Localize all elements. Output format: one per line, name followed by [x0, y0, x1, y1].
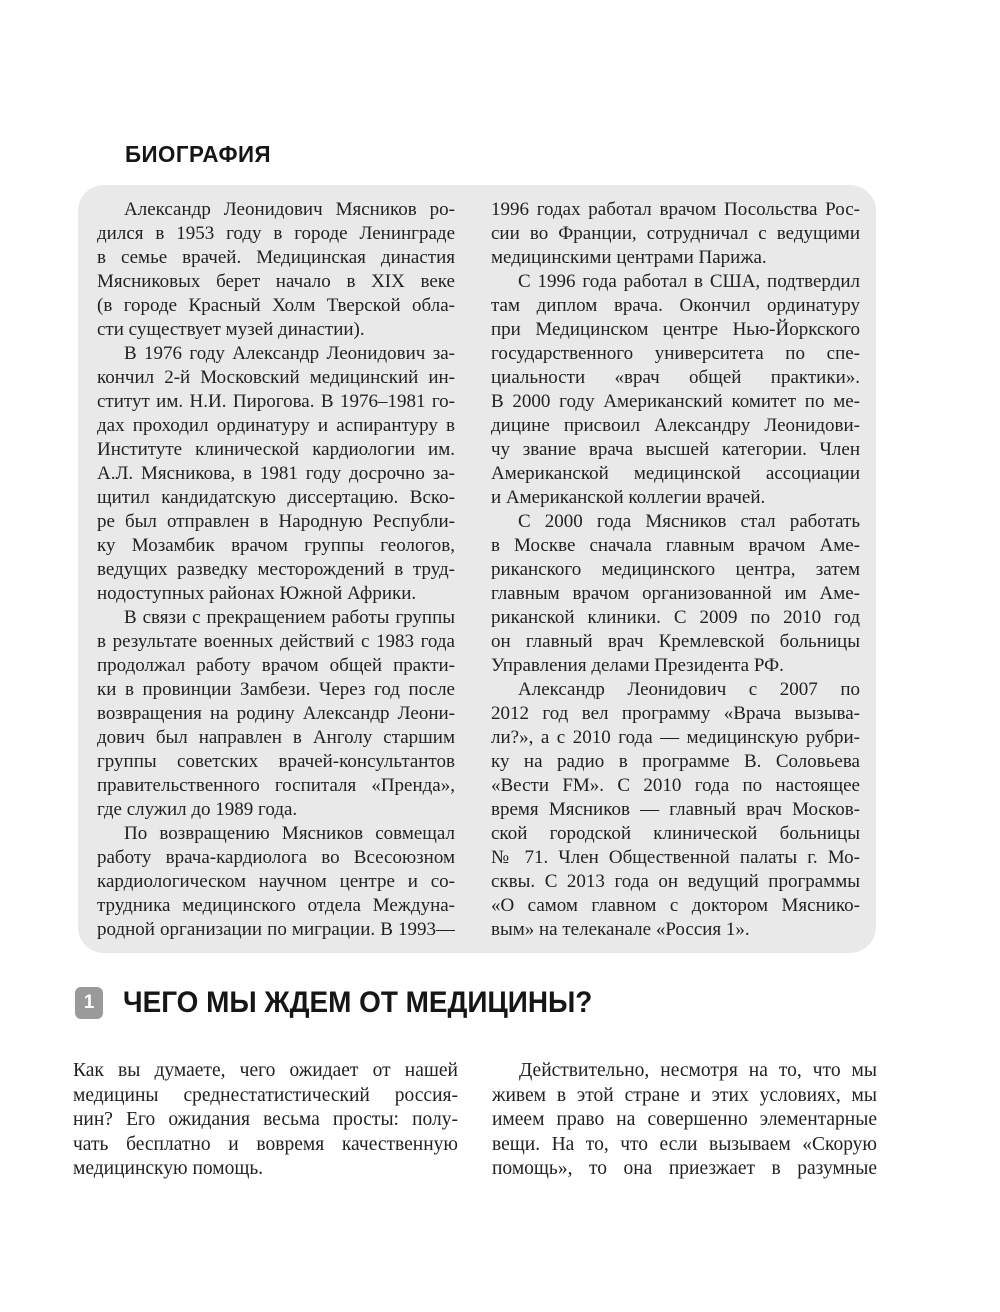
text-line: нин? Его ожидания весьма просты: полу- [73, 1108, 458, 1133]
text-line: он главный врач Кремлевской больницы [491, 630, 860, 654]
biography-heading: БИОГРАФИЯ [125, 141, 271, 168]
text-line: В 2000 году Американский комитет по ме- [491, 390, 860, 414]
text-line: В связи с прекращением работы группы [97, 606, 455, 630]
text-line: государственного университета по спе- [491, 342, 860, 366]
text-line: и Американской коллегии врачей. [491, 486, 860, 510]
text-line: родной организации по миграции. В 1993— [97, 918, 455, 942]
paragraph: В 1976 году Александр Леонидович за-конч… [97, 342, 455, 606]
text-line: медицинскую помощь. [73, 1157, 458, 1182]
text-line: возвращения на родину Александр Леони- [97, 702, 455, 726]
text-line: ки в провинции Замбези. Через год после [97, 678, 455, 702]
text-line: Мясниковых берет начало в XIX веке [97, 270, 455, 294]
text-line: ститут им. Н.И. Пирогова. В 1976–1981 го… [97, 390, 455, 414]
text-line: при Медицинском центре Нью-Йоркского [491, 318, 860, 342]
text-line: вым» на телеканале «Россия 1». [491, 918, 860, 942]
chapter-text: Как вы думаете, чего ожидает от нашеймед… [73, 1059, 877, 1182]
text-line: 1996 годах работал врачом Посольства Рос… [491, 198, 860, 222]
text-line: там диплом врача. Окончил ординатуру [491, 294, 860, 318]
text-line: вещи. На то, что если вызываем «Скорую [492, 1133, 877, 1158]
paragraph: По возвращению Мясников совмещалработу в… [97, 822, 455, 942]
text-line: дицине присвоил Александру Леонидови- [491, 414, 860, 438]
text-line: ли?», а с 2010 года — медицинскую рубри- [491, 726, 860, 750]
text-line: медицины среднестатистический россия- [73, 1084, 458, 1109]
text-line: сии во Франции, сотрудничал с ведущими [491, 222, 860, 246]
text-line: правительственного госпиталя «Пренда», [97, 774, 455, 798]
biography-left-column: Александр Леонидович Мясников ро-дился в… [97, 198, 455, 943]
text-line: дович был направлен в Анголу старшим [97, 726, 455, 750]
text-line: дился в 1953 году в городе Ленинграде [97, 222, 455, 246]
text-line: В 1976 году Александр Леонидович за- [97, 342, 455, 366]
chapter-number-badge: 1 [75, 987, 103, 1019]
text-line: 2012 год вел программу «Врача вызыва- [491, 702, 860, 726]
paragraph: 1996 годах работал врачом Посольства Рос… [491, 198, 860, 270]
text-line: С 2000 года Мясников стал работать [491, 510, 860, 534]
text-line: ку на радио в программе В. Соловьева [491, 750, 860, 774]
text-line: сквы. С 2013 года он ведущий программы [491, 870, 860, 894]
text-line: чать бесплатно и вовремя качественную [73, 1133, 458, 1158]
paragraph: Александр Леонидович с 2007 по2012 год в… [491, 678, 860, 942]
text-line: С 1996 года работал в США, подтвердил [491, 270, 860, 294]
text-line: «Вести FM». С 2010 года по настоящее [491, 774, 860, 798]
text-line: Александр Леонидович с 2007 по [491, 678, 860, 702]
text-line: кончил 2-й Московский медицинский ин- [97, 366, 455, 390]
chapter-right-column: Действительно, несмотря на то, что мыжив… [492, 1059, 877, 1182]
text-line: чу звание врача высшей категории. Член [491, 438, 860, 462]
chapter-heading: 1 ЧЕГО МЫ ЖДЕМ ОТ МЕДИЦИНЫ? [75, 986, 628, 1020]
text-line: имеем право на совершенно элементарные [492, 1108, 877, 1133]
text-line: По возвращению Мясников совмещал [97, 822, 455, 846]
text-line: Институте клинической кардиологии им. [97, 438, 455, 462]
book-page: БИОГРАФИЯ Александр Леонидович Мясников … [0, 0, 1000, 1312]
text-line: циальности «врач общей практики». [491, 366, 860, 390]
text-line: ку Мозамбик врачом группы геологов, [97, 534, 455, 558]
text-line: время Мясников — главный врач Москов- [491, 798, 860, 822]
text-line: № 71. Член Общественной палаты г. Мо- [491, 846, 860, 870]
text-line: трудника медицинского отдела Междуна- [97, 894, 455, 918]
biography-box: Александр Леонидович Мясников ро-дился в… [78, 185, 876, 953]
text-line: Александр Леонидович Мясников ро- [97, 198, 455, 222]
text-line: Американской медицинской ассоциации [491, 462, 860, 486]
text-line: продолжал работу врачом общей практи- [97, 654, 455, 678]
text-line: где служил до 1989 года. [97, 798, 455, 822]
text-line: в результате военных действий с 1983 год… [97, 630, 455, 654]
paragraph: Как вы думаете, чего ожидает от нашеймед… [73, 1059, 458, 1182]
text-line: медицинскими центрами Парижа. [491, 246, 860, 270]
text-line: риканской клиники. С 2009 по 2010 год [491, 606, 860, 630]
text-line: работу врача-кардиолога во Всесоюзном [97, 846, 455, 870]
text-line: Действительно, несмотря на то, что мы [492, 1059, 877, 1084]
paragraph: С 1996 года работал в США, подтвердилтам… [491, 270, 860, 510]
text-line: щитил кандидатскую диссертацию. Вско- [97, 486, 455, 510]
text-line: в семье врачей. Медицинская династия [97, 246, 455, 270]
biography-right-column: 1996 годах работал врачом Посольства Рос… [491, 198, 860, 943]
paragraph: С 2000 года Мясников стал работатьв Моск… [491, 510, 860, 678]
text-line: ведущих разведку месторождений в труд- [97, 558, 455, 582]
text-line: дах проходил ординатуру и аспирантуру в [97, 414, 455, 438]
text-line: Как вы думаете, чего ожидает от нашей [73, 1059, 458, 1084]
text-line: «О самом главном с доктором Мяснико- [491, 894, 860, 918]
text-line: помощь», то она приезжает в разумные [492, 1157, 877, 1182]
text-line: нодоступных районах Южной Африки. [97, 582, 455, 606]
text-line: в Москве сначала главным врачом Аме- [491, 534, 860, 558]
paragraph: Действительно, несмотря на то, что мыжив… [492, 1059, 877, 1182]
text-line: ской городской клинической больницы [491, 822, 860, 846]
text-line: Управления делами Президента РФ. [491, 654, 860, 678]
text-line: А.Л. Мясникова, в 1981 году досрочно за- [97, 462, 455, 486]
paragraph: В связи с прекращением работы группыв ре… [97, 606, 455, 822]
text-line: главным врачом организованной им Аме- [491, 582, 860, 606]
text-line: живем в этой стране и этих условиях, мы [492, 1084, 877, 1109]
text-line: группы советских врачей-консультантов [97, 750, 455, 774]
text-line: кардиологическом научном центре и со- [97, 870, 455, 894]
text-line: сти существует музей династии). [97, 318, 455, 342]
chapter-title: ЧЕГО МЫ ЖДЕМ ОТ МЕДИЦИНЫ? [123, 986, 592, 1020]
text-line: ре был отправлен в Народную Республи- [97, 510, 455, 534]
paragraph: Александр Леонидович Мясников ро-дился в… [97, 198, 455, 342]
text-line: (в городе Красный Холм Тверской обла- [97, 294, 455, 318]
text-line: риканского медицинского центра, затем [491, 558, 860, 582]
chapter-left-column: Как вы думаете, чего ожидает от нашеймед… [73, 1059, 458, 1182]
